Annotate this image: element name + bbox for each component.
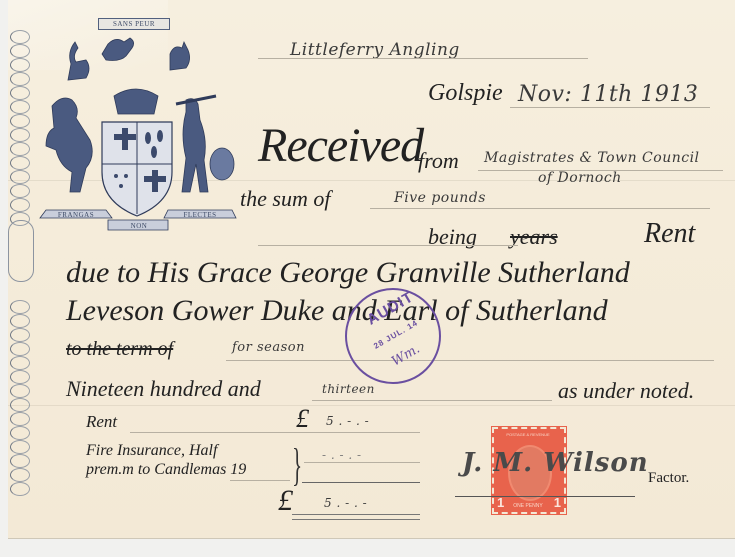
ledger-brace: }: [292, 438, 302, 491]
ledger-rent-currency: £: [296, 404, 309, 434]
year-rule: [312, 400, 552, 401]
ledger-fire-amount-rule: [304, 462, 420, 463]
rent-label: Rent: [644, 218, 695, 250]
crest-motto-top: SANS PEUR: [98, 18, 170, 30]
signature-handwritten: J. M. Wilson: [462, 448, 649, 478]
from-label: from: [418, 148, 459, 174]
place-printed: Golspie: [428, 80, 503, 107]
payer-rule: [478, 170, 723, 171]
year-label: Nineteen hundred and: [66, 376, 261, 402]
ledger-rent-label: Rent: [86, 412, 117, 432]
crest-motto-left: FRANGAS: [48, 210, 104, 220]
crest-motto-center: NON: [124, 221, 154, 231]
term-handwritten: for season: [232, 340, 305, 355]
ledger-fire-label-line2: prem.m to Candlemas 19: [86, 461, 246, 479]
due-to-line1: due to His Grace George Granville Suther…: [66, 256, 630, 290]
as-under-noted-label: as under noted.: [558, 378, 694, 404]
coat-of-arms: SANS PEUR FRANGAS NON FLECTES: [36, 14, 246, 234]
received-heading: Received: [258, 118, 423, 173]
memo-rule: [258, 58, 588, 59]
ledger-subtotal-rule: [302, 482, 420, 483]
paper-crease: [8, 405, 735, 406]
payer-line1: Magistrates & Town Council: [484, 150, 700, 166]
sum-rule: [370, 208, 710, 209]
sum-handwritten: Five pounds: [394, 190, 486, 206]
postage-stamp-top: POSTAGE & REVENUE: [498, 432, 558, 437]
date-rule: [510, 107, 710, 108]
border-rosette-icon: [8, 220, 34, 282]
ledger-fire-rule: [230, 480, 290, 481]
audit-stamp-initials: Wm.: [389, 342, 422, 370]
sum-label: the sum of: [240, 186, 330, 212]
ledger-rent-rule: [130, 432, 420, 433]
term-rule: [226, 360, 714, 361]
ledger-rent-amount: 5 . - . -: [326, 414, 369, 428]
ledger-total-currency: £: [278, 484, 293, 518]
being-rule: [258, 245, 518, 246]
ledger-total-amount: 5 . - . -: [324, 496, 367, 510]
crest-motto-right: FLECTES: [172, 210, 228, 220]
payer-line2: of Dornoch: [538, 170, 622, 186]
signature-title: Factor.: [648, 470, 689, 487]
memo-handwritten: Littleferry Angling: [290, 40, 460, 60]
due-to-line2: Leveson Gower Duke and Earl of Sutherlan…: [66, 294, 608, 328]
being-label: being: [428, 224, 477, 250]
ledger-total-double-rule: [292, 514, 420, 520]
audit-stamp: AUDIT 28 JUL. 14 Wm.: [345, 288, 441, 384]
coat-of-arms-icon: [36, 14, 246, 234]
ledger-fire-label-line1: Fire Insurance, Half: [86, 442, 217, 460]
date-handwritten: Nov: 11th 1913: [518, 82, 698, 107]
postage-stamp-value-right: 1: [554, 495, 561, 510]
term-struck: to the term of: [66, 338, 173, 361]
postage-stamp-bottom: ONE PENNY: [498, 503, 558, 509]
ledger-fire-amount: - . - . -: [322, 448, 362, 462]
years-struck: years: [510, 224, 558, 250]
year-handwritten: thirteen: [322, 382, 375, 396]
signature-rule: [455, 496, 635, 497]
